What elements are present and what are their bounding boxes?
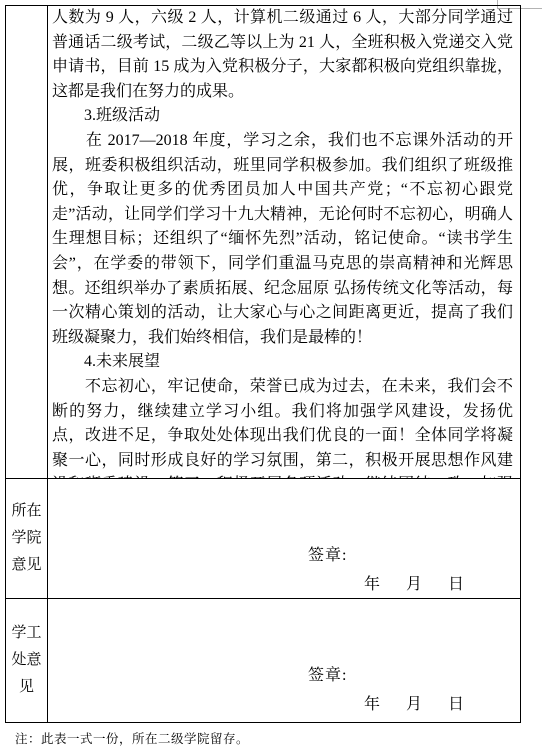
student-affairs-date-line: 年 月 日 [364, 691, 464, 714]
date-month-label: 月 [406, 571, 422, 594]
report-table: 人数为 9 人，六级 2 人，计算机二级通过 6 人，大部分同学通过普通话二级考… [5, 5, 521, 723]
college-opinion-label: 所在 学院 意见 [6, 478, 47, 598]
report-body-text: 人数为 9 人，六级 2 人，计算机二级通过 6 人，大部分同学通过普通话二级考… [47, 6, 520, 478]
date-year-label: 年 [364, 571, 380, 594]
student-affairs-sign-area: 签章: 年 月 日 [47, 598, 520, 722]
date-day-label: 日 [448, 571, 464, 594]
student-affairs-sign-label: 签章: [308, 662, 347, 685]
footer-note: 注：此表一式一份，所在二级学院留存。 [15, 729, 249, 747]
date-day-label: 日 [448, 691, 464, 714]
college-date-line: 年 月 日 [364, 571, 464, 594]
college-sign-label: 签章: [308, 542, 347, 565]
date-month-label: 月 [406, 691, 422, 714]
label-cell-empty [6, 6, 47, 478]
student-affairs-opinion-label: 学工 处意 见 [6, 598, 47, 722]
college-opinion-sign-area: 签章: 年 月 日 [47, 478, 520, 598]
document-page: 人数为 9 人，六级 2 人，计算机二级通过 6 人，大部分同学通过普通话二级考… [0, 0, 542, 753]
date-year-label: 年 [364, 691, 380, 714]
